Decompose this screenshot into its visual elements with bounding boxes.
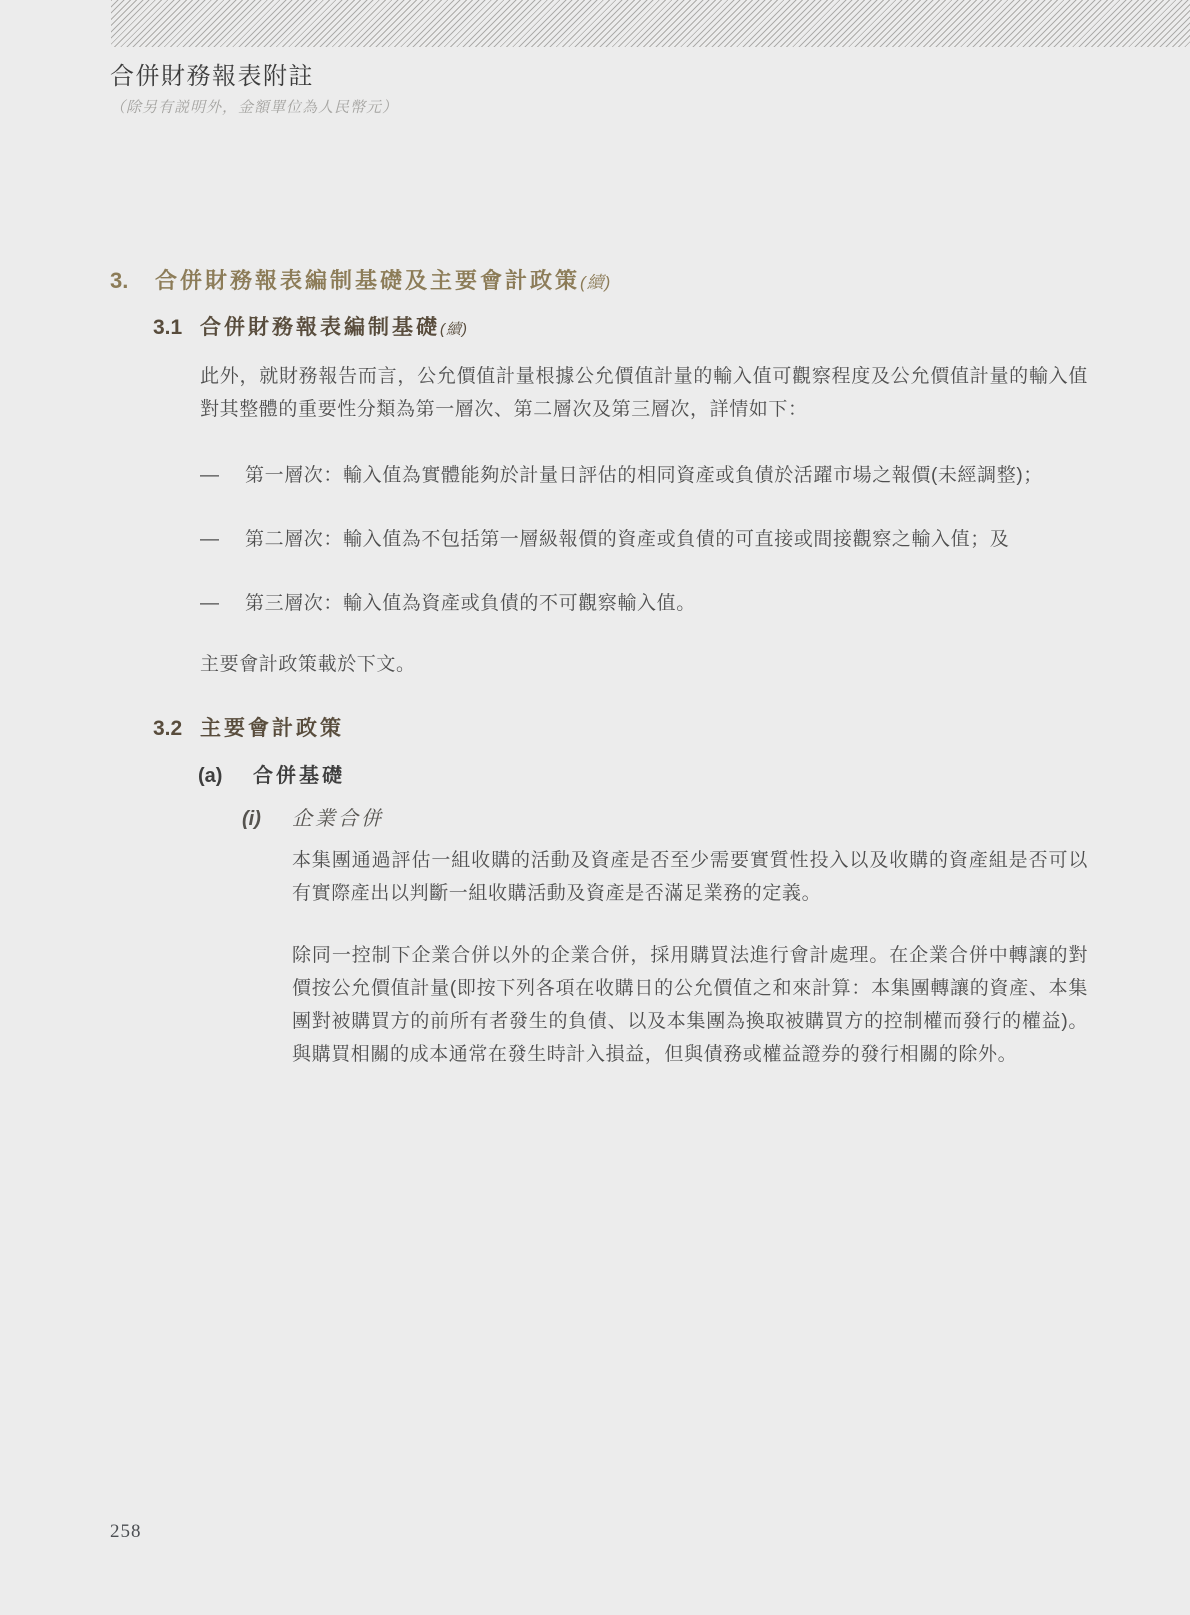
fair-value-level-3-bullet: — 第三層次：輸入值為資產或負債的不可觀察輸入值。 — [200, 587, 1100, 620]
document-page: 合併財務報表附註 （除另有説明外，金額單位為人民幣元） 3. 合併財務報表編制基… — [0, 0, 1190, 1615]
business-combination-paragraph-1: 本集團通過評估一組收購的活動及資產是否至少需要實質性投入以及收購的資產組是否可以… — [292, 844, 1088, 910]
section-3-title: 合併財務報表編制基礎及主要會計政策 — [155, 264, 580, 295]
section-3-number: 3. — [110, 268, 155, 294]
item-i-label: (i) — [242, 808, 292, 831]
section-3-1-closing-paragraph: 主要會計政策載於下文。 — [200, 648, 1088, 681]
bullet-dash: — — [200, 459, 245, 492]
section-3-2-number: 3.2 — [153, 717, 200, 741]
section-3-1-heading: 3.1 合併財務報表編制基礎 (續) — [153, 311, 468, 341]
document-subtitle: （除另有説明外，金額單位為人民幣元） — [110, 96, 398, 117]
bullet-text: 第三層次：輸入值為資產或負債的不可觀察輸入值。 — [245, 587, 696, 620]
section-3-1-number: 3.1 — [153, 316, 200, 340]
item-i-title: 企業合併 — [292, 802, 384, 831]
bullet-text: 第一層次：輸入值為實體能夠於計量日評估的相同資產或負債於活躍市場之報價(未經調整… — [245, 459, 1043, 492]
item-a-heading: (a) 合併基礎 — [198, 759, 345, 788]
document-title: 合併財務報表附註 — [110, 56, 314, 91]
fair-value-level-2-bullet: — 第二層次：輸入值為不包括第一層級報價的資產或負債的可直接或間接觀察之輸入值；… — [200, 523, 1100, 556]
section-3-2-heading: 3.2 主要會計政策 — [153, 712, 344, 742]
bullet-dash: — — [200, 523, 245, 556]
section-3-continued-marker: (續) — [580, 268, 611, 293]
hatch-pattern-banner — [111, 0, 1190, 47]
section-3-1-intro-paragraph: 此外，就財務報告而言，公允價值計量根據公允價值計量的輸入值可觀察程度及公允價值計… — [200, 360, 1088, 426]
bullet-text: 第二層次：輸入值為不包括第一層級報價的資產或負債的可直接或間接觀察之輸入值；及 — [245, 523, 1009, 556]
section-3-1-continued-marker: (續) — [440, 318, 468, 339]
item-a-title: 合併基礎 — [253, 759, 345, 788]
business-combination-paragraph-2: 除同一控制下企業合併以外的企業合併，採用購買法進行會計處理。在企業合併中轉讓的對… — [292, 939, 1088, 1071]
bullet-dash: — — [200, 587, 245, 620]
item-a-label: (a) — [198, 765, 253, 788]
section-3-1-title: 合併財務報表編制基礎 — [200, 311, 440, 341]
section-3-heading: 3. 合併財務報表編制基礎及主要會計政策 (續) — [110, 264, 611, 295]
page-number: 258 — [110, 1521, 142, 1543]
fair-value-level-1-bullet: — 第一層次：輸入值為實體能夠於計量日評估的相同資產或負債於活躍市場之報價(未經… — [200, 459, 1100, 492]
item-i-heading: (i) 企業合併 — [242, 802, 384, 831]
section-3-2-title: 主要會計政策 — [200, 712, 344, 742]
